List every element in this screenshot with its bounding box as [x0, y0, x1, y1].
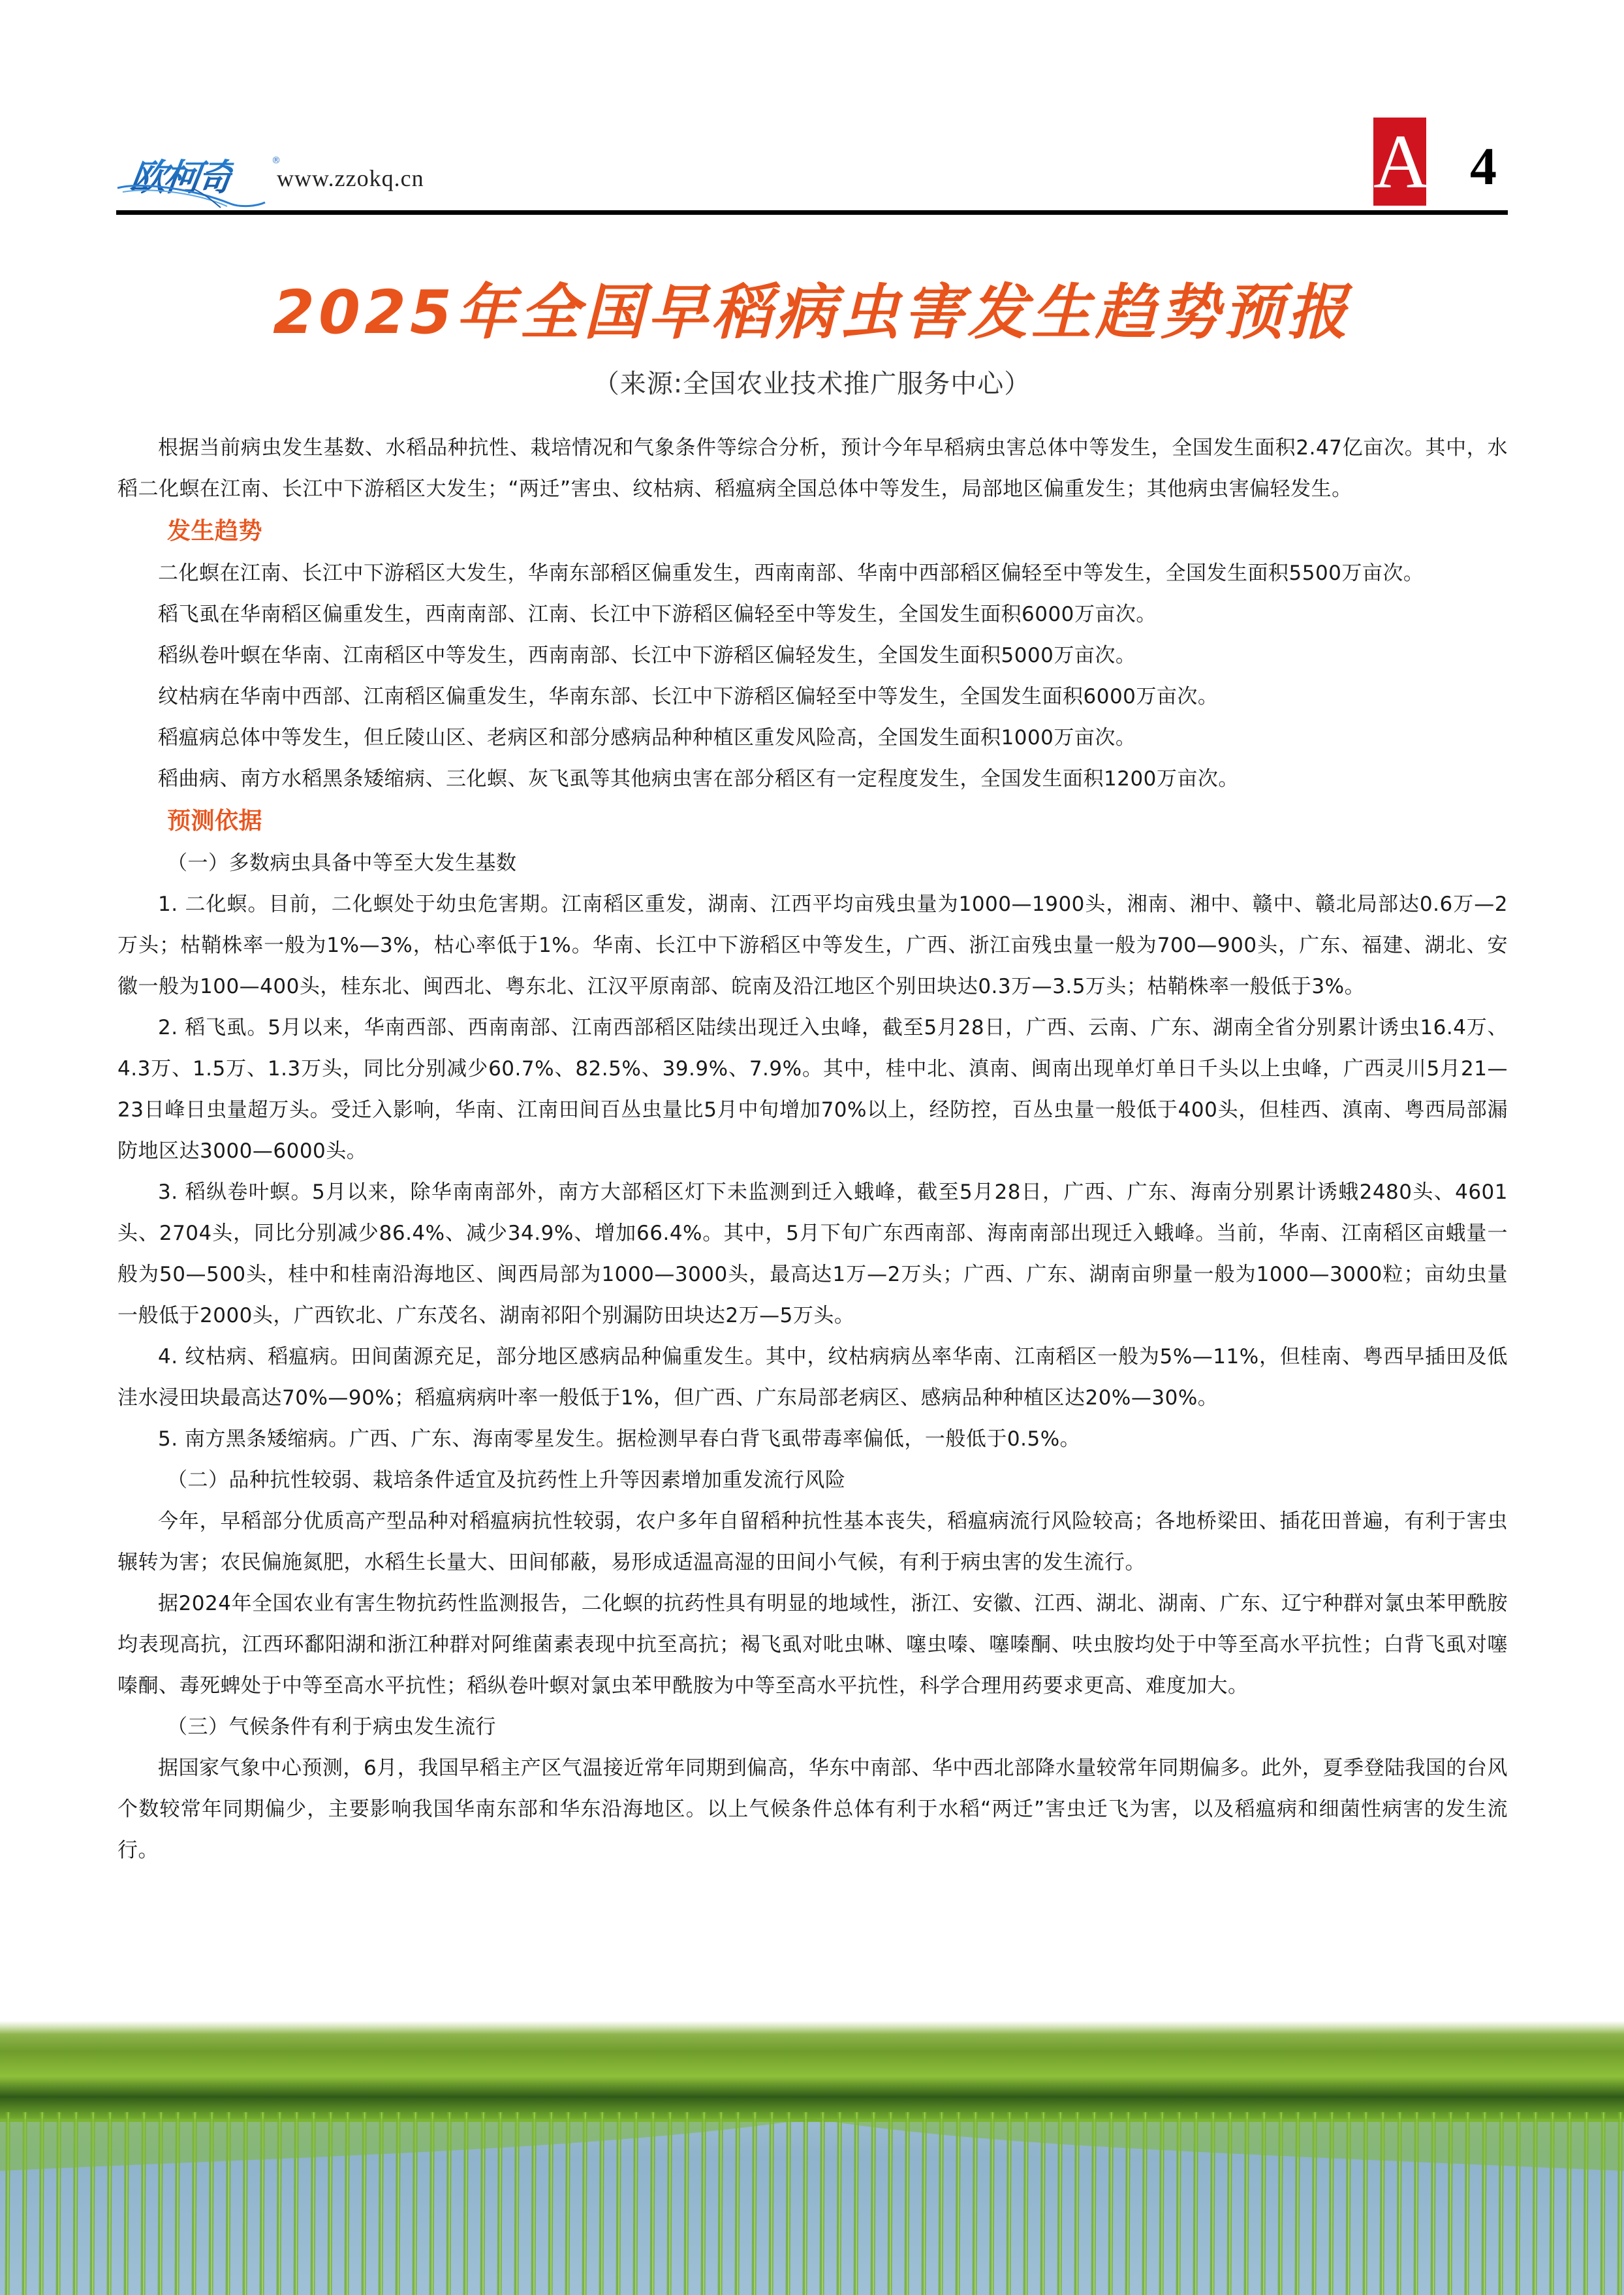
site-url: www.zzokq.cn — [277, 165, 424, 192]
page-header: 欧柯奇 ® www.zzokq.cn A 4 — [0, 0, 1624, 222]
paragraph: 3. 稻纵卷叶螟。5月以来，除华南南部外，南方大部稻区灯下未监测到迁入蛾峰，截至… — [117, 1172, 1508, 1337]
paragraph: 稻曲病、南方水稻黑条矮缩病、三化螟、灰飞虱等其他病虫害在部分稻区有一定程度发生，… — [117, 759, 1508, 800]
header-divider — [116, 210, 1508, 215]
paragraph: 纹枯病在华南中西部、江南稻区偏重发生，华南东部、长江中下游稻区偏轻至中等发生，全… — [117, 676, 1508, 718]
page-section-badge: A — [1373, 118, 1426, 206]
paragraph: 稻飞虱在华南稻区偏重发生，西南南部、江南、长江中下游稻区偏轻至中等发生，全国发生… — [117, 594, 1508, 635]
paragraph: 稻纵卷叶螟在华南、江南稻区中等发生，西南南部、长江中下游稻区偏轻发生，全国发生面… — [117, 635, 1508, 676]
page-number: 4 — [1470, 134, 1497, 199]
subsection-heading: （三）气候条件有利于病虫发生流行 — [117, 1707, 1508, 1748]
subsection-heading: （一）多数病虫具备中等至大发生基数 — [117, 843, 1508, 884]
subsection-heading: （二）品种抗性较弱、栽培条件适宜及抗药性上升等因素增加重发流行风险 — [117, 1460, 1508, 1501]
paragraph: 据国家气象中心预测，6月，我国早稻主产区气温接近常年同期到偏高，华东中南部、华中… — [117, 1748, 1508, 1871]
section-heading-basis: 预测依据 — [117, 800, 1508, 843]
paragraph: 2. 稻飞虱。5月以来，华南西部、西南南部、江南西部稻区陆续出现迁入虫峰，截至5… — [117, 1007, 1508, 1172]
paragraph: 今年，早稻部分优质高产型品种对稻瘟病抗性较弱，农户多年自留稻种抗性基本丧失，稻瘟… — [117, 1501, 1508, 1583]
paragraph: 稻瘟病总体中等发生，但丘陵山区、老病区和部分感病品种种植区重发风险高，全国发生面… — [117, 718, 1508, 759]
intro-paragraph: 根据当前病虫发生基数、水稻品种抗性、栽培情况和气象条件等综合分析，预计今年早稻病… — [117, 428, 1508, 510]
paragraph: 5. 南方黑条矮缩病。广西、广东、海南零星发生。据检测早春白背飞虱带毒率偏低，一… — [117, 1419, 1508, 1460]
article-body: 根据当前病虫发生基数、水稻品种抗性、栽培情况和气象条件等综合分析，预计今年早稻病… — [117, 428, 1508, 1871]
paragraph: 4. 纹枯病、稻瘟病。田间菌源充足，部分地区感病品种偏重发生。其中，纹枯病病丛率… — [117, 1337, 1508, 1419]
paragraph: 1. 二化螟。目前，二化螟处于幼虫危害期。江南稻区重发，湖南、江西平均亩残虫量为… — [117, 884, 1508, 1007]
article-title: 2025年全国早稻病虫害发生趋势预报 — [0, 264, 1624, 351]
rice-field-image — [0, 2021, 1624, 2295]
paragraph: 据2024年全国农业有害生物抗药性监测报告，二化螟的抗药性具有明显的地域性，浙江… — [117, 1583, 1508, 1707]
rice-paddy-illustration — [0, 2021, 1624, 2295]
logo-swoosh-icon — [116, 183, 266, 209]
article-source: （来源:全国农业技术推广服务中心） — [0, 363, 1624, 400]
paragraph: 二化螟在江南、长江中下游稻区大发生，华南东部稻区偏重发生，西南南部、华南中西部稻… — [117, 553, 1508, 594]
brand-logo: 欧柯奇 ® — [116, 142, 266, 208]
section-heading-trend: 发生趋势 — [117, 510, 1508, 553]
